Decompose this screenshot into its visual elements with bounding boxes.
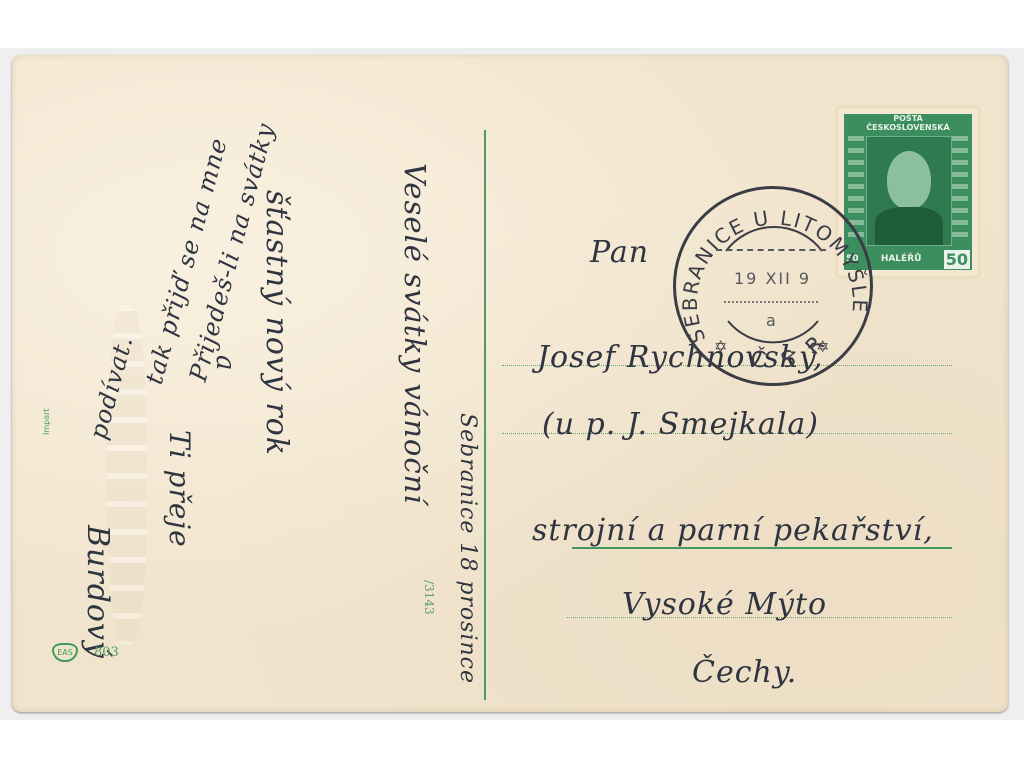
publisher-number: 803 bbox=[94, 645, 119, 660]
address-care-of: (u p. J. Smejkala) bbox=[542, 407, 819, 442]
message-line-new-year: šťastný nový rok bbox=[259, 190, 294, 456]
message-line-greeting: Veselé svátky vánoční bbox=[398, 163, 432, 505]
series-number-value: 3143 bbox=[422, 584, 436, 615]
message-signature: Burdový bbox=[80, 525, 115, 659]
stamp-country-label: POŠTA ČESKOSLOVENSKÁ bbox=[844, 114, 972, 132]
stamp-country-text: ČESKOSLOVENSKÁ bbox=[844, 123, 972, 132]
star-icon: ✡ bbox=[816, 337, 829, 356]
message-line-wishes: Ti přeje bbox=[163, 430, 196, 548]
postcard: Veselé svátky vánoční šťastný nový rok a… bbox=[12, 55, 1008, 712]
stamp-portrait-icon bbox=[866, 136, 952, 246]
postmark-bar bbox=[724, 301, 818, 303]
address-town: Vysoké Mýto bbox=[622, 587, 827, 622]
address-business: strojní a parní pekařství, bbox=[532, 513, 934, 548]
card-divider-line bbox=[484, 130, 486, 700]
stamp-currency: HALÉŘŮ bbox=[881, 254, 922, 264]
message-dateline: Sebranice 18 prosince bbox=[455, 413, 480, 684]
series-number: /3143 bbox=[422, 580, 436, 615]
address-salutation: Pan bbox=[590, 235, 649, 270]
stamp-value-right: 50 bbox=[944, 250, 970, 269]
stamp-leaf-ornament-icon bbox=[952, 136, 968, 244]
address-country: Čechy. bbox=[692, 655, 797, 690]
postmark-bar bbox=[716, 249, 826, 251]
postmark: SEBRANICE U LITOMYŠLE Č S R 19 XII 9 a ✡… bbox=[673, 186, 873, 386]
postmark-date: 19 XII 9 bbox=[734, 269, 811, 288]
impart-label: Impart bbox=[42, 408, 51, 435]
stamp-posta-text: POŠTA bbox=[844, 114, 972, 123]
publisher-logo-icon: EAS bbox=[52, 643, 78, 662]
star-icon: ✡ bbox=[714, 337, 727, 356]
postmark-office-letter: a bbox=[766, 311, 776, 330]
